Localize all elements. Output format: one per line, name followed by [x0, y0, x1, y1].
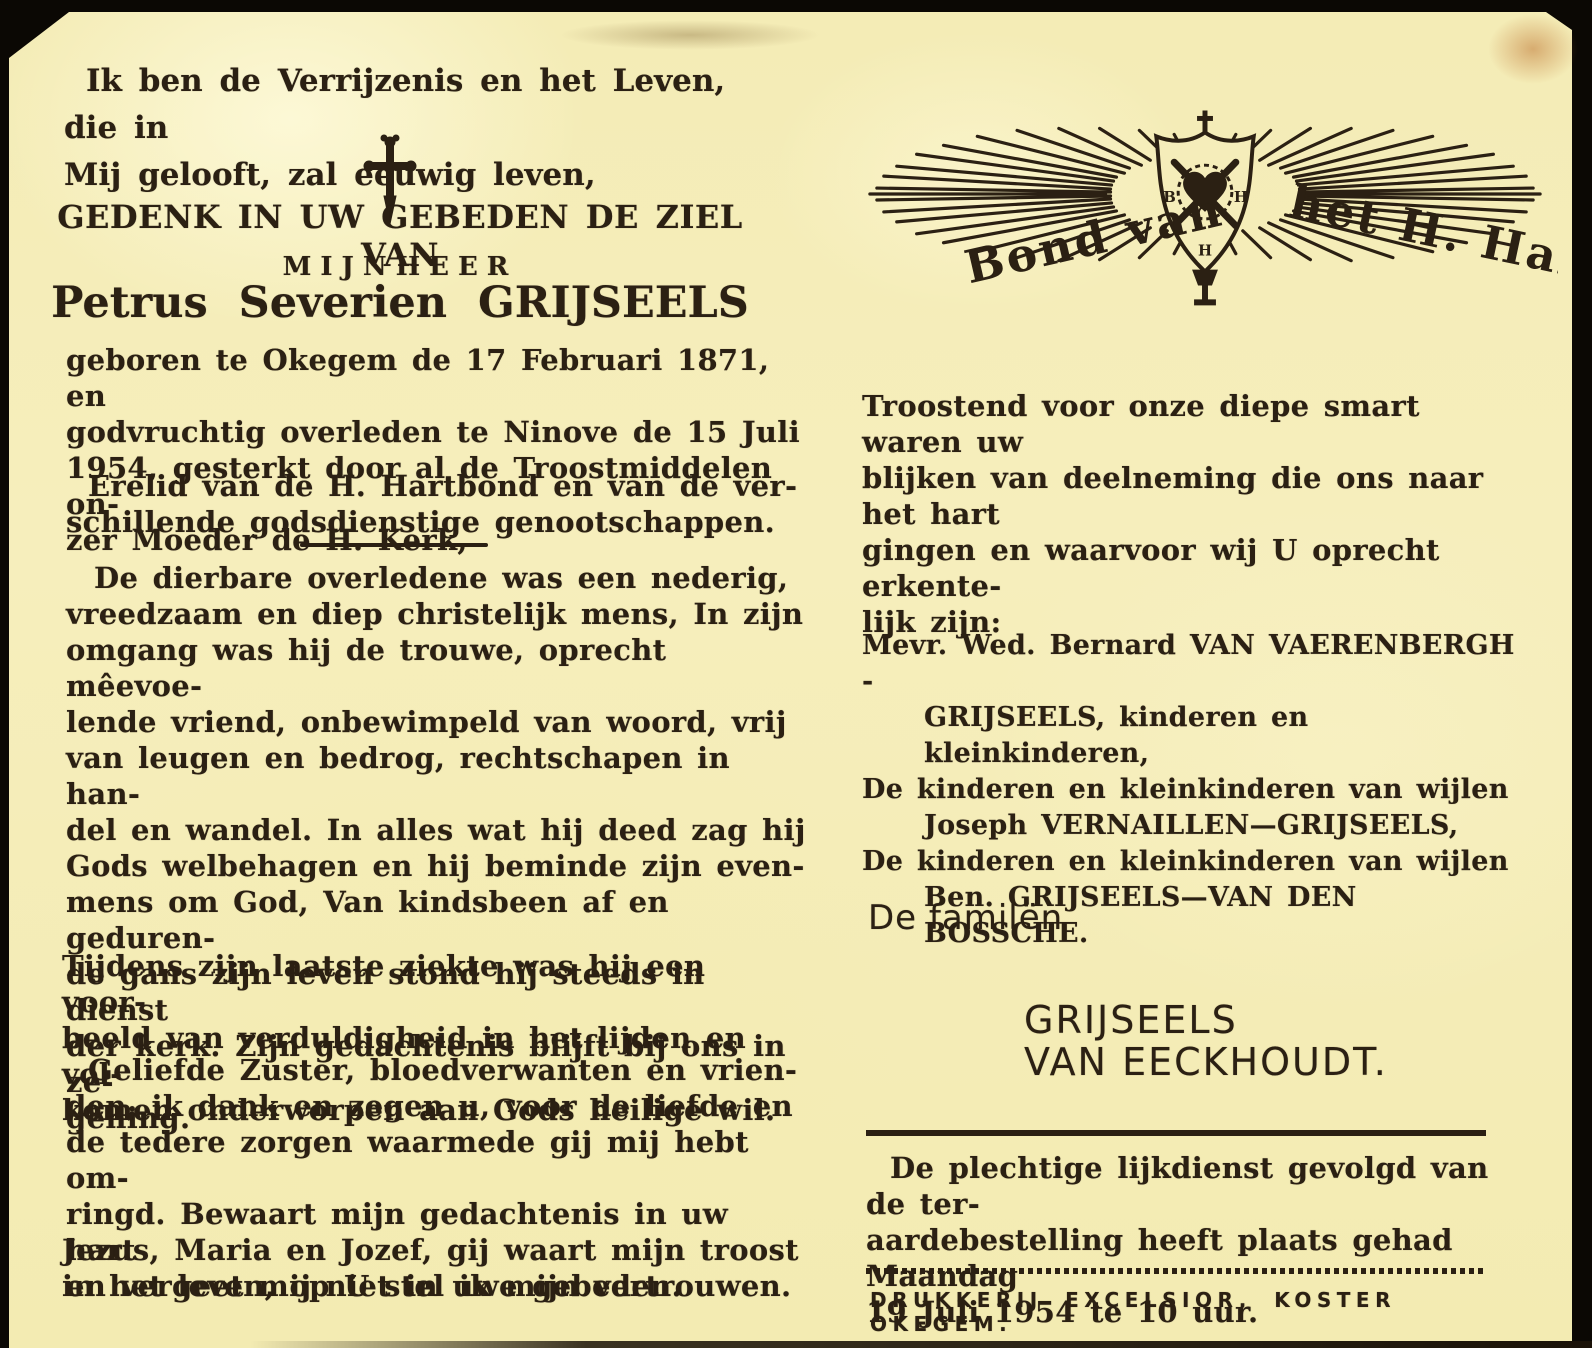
families-label: De familën: [868, 898, 1268, 938]
scripture-quote: Ik ben de Verrijzenis en het Leven, die …: [64, 58, 789, 199]
membership-paragraph: Erelid van de H. Hartbond en van de ver-…: [66, 468, 806, 540]
prayer-paragraph: Jezus, Maria en Jozef, gij waart mijn tr…: [62, 1232, 802, 1304]
mourner-line: De kinderen en kleinkinderen van wijlen: [862, 772, 1522, 808]
deceased-name: Petrus Severien GRIJSEELS: [40, 278, 760, 328]
paper-smudge: [560, 20, 820, 50]
mourner-line: GRIJSEELS, kinderen en kleinkinderen,: [862, 700, 1522, 772]
printer-credit: DRUKKERIJ EXCELSIOR, KOSTER OKEGEM.: [870, 1288, 1510, 1336]
family-name-van-eeckhoudt: VAN EECKHOUDT.: [1024, 1040, 1484, 1084]
mourner-line: Mevr. Wed. Bernard VAN VAERENBERGH -: [862, 628, 1522, 700]
emblem-right-text: het H. Hart: [1285, 174, 1558, 294]
scan-edge-bottom: [250, 1341, 1592, 1348]
mourner-line: De kinderen en kleinkinderen van wijlen: [862, 844, 1522, 880]
scan-edge-left: [0, 0, 9, 1348]
dotted-divider: [866, 1268, 1484, 1274]
svg-text:H: H: [1198, 242, 1212, 260]
thanks-paragraph: Troostend voor onze diepe smart waren uw…: [862, 388, 1512, 640]
corner-cut-top-left: [9, 12, 69, 58]
mourner-line: Joseph VERNAILLEN—GRIJSEELS,: [862, 808, 1522, 844]
scanned-memorial-card: Ik ben de Verrijzenis en het Leven, die …: [0, 0, 1592, 1348]
family-name-grijseels: GRIJSEELS: [1024, 998, 1484, 1042]
svg-text:H: H: [1234, 188, 1248, 206]
heavy-divider-rule: [866, 1130, 1486, 1136]
sacred-heart-emblem: B H H Bond van het H. Hart: [852, 68, 1558, 330]
divider-rule: [300, 543, 488, 547]
